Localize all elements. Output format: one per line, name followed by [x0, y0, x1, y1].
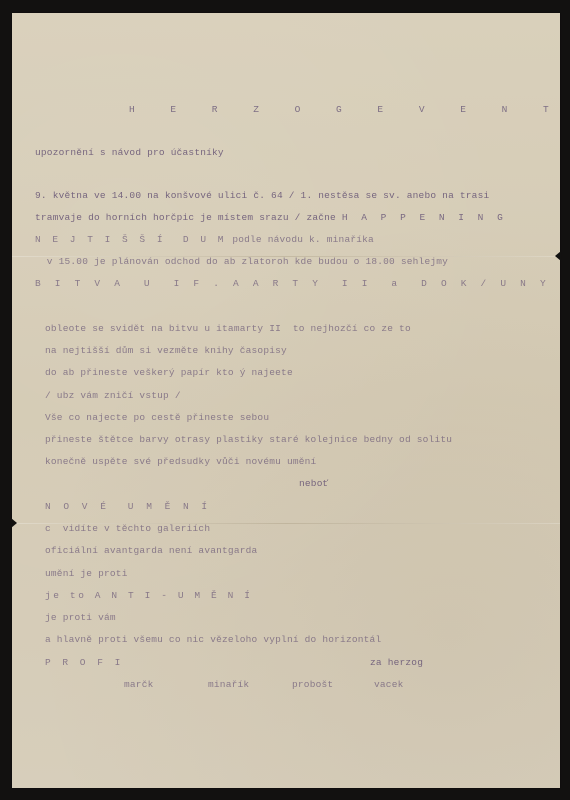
nove-umeni: N O V É U M Ě N Í [45, 501, 211, 512]
text-span: podle návodu k. minaříka [226, 234, 374, 245]
text-line: Vše co najecte po cestě přineste sebou [45, 412, 269, 423]
signature-name: probošt [292, 679, 333, 690]
text-line: a hlavně proti všemu co nic vězeloho vyp… [45, 634, 381, 645]
za-herzog-label: za herzog [370, 657, 423, 668]
text-line: tramvaje do horních horčpic je místem sr… [35, 212, 507, 223]
paper-notch [555, 251, 561, 261]
battle-line: B I T V A U I F . A A R T Y I I a D O K … [35, 278, 550, 289]
text-line: N E J T I Š Š Í D U M podle návodu k. mi… [35, 234, 374, 245]
document-subtitle: upozornění s návod pro účastníky [35, 147, 224, 158]
text-line: na nejtišší dům si vezměte knihy časopis… [45, 345, 287, 356]
anti-umeni: je to A N T I - U M Ě N Í [45, 590, 253, 601]
happening-word: H A P P E N I N G [342, 212, 507, 223]
text-line: / ubz vám zničí vstup / [45, 390, 181, 401]
document-page: H E R Z O G E V E N T S upozornění s náv… [12, 13, 560, 788]
signature-name: vacek [374, 679, 404, 690]
text-line: v 15.00 je plánován odchod do ab zlatoro… [35, 256, 448, 267]
nebot-word: neboť [299, 478, 329, 489]
paper-notch [11, 518, 17, 528]
text-line: je proti vám [45, 612, 116, 623]
profi-label: P R O F I [45, 657, 123, 668]
document-title: H E R Z O G E V E N T S [129, 104, 570, 115]
signature-name: marčk [124, 679, 154, 690]
text-line: oficiální avantgarda není avantgarda [45, 545, 257, 556]
text-line: 9. května ve 14.00 na konšvové ulici č. … [35, 190, 489, 201]
text-line: přineste štětce barvy otrasy plastiky st… [45, 434, 452, 445]
signature-name: minařík [208, 679, 249, 690]
text-line: do ab přineste veškerý papír kto ý najee… [45, 367, 293, 378]
text-line: umění je proti [45, 568, 128, 579]
nejtissi-dum: N E J T I Š Š Í D U M [35, 234, 226, 245]
text-line: konečně uspěte své předsudky vůči novému… [45, 456, 316, 467]
text-span: tramvaje do horních horčpic je místem sr… [35, 212, 342, 223]
text-line: obleote se svidět na bitvu u itamarty II… [45, 323, 411, 334]
text-line: c vidíte v těchto galeriích [45, 523, 210, 534]
